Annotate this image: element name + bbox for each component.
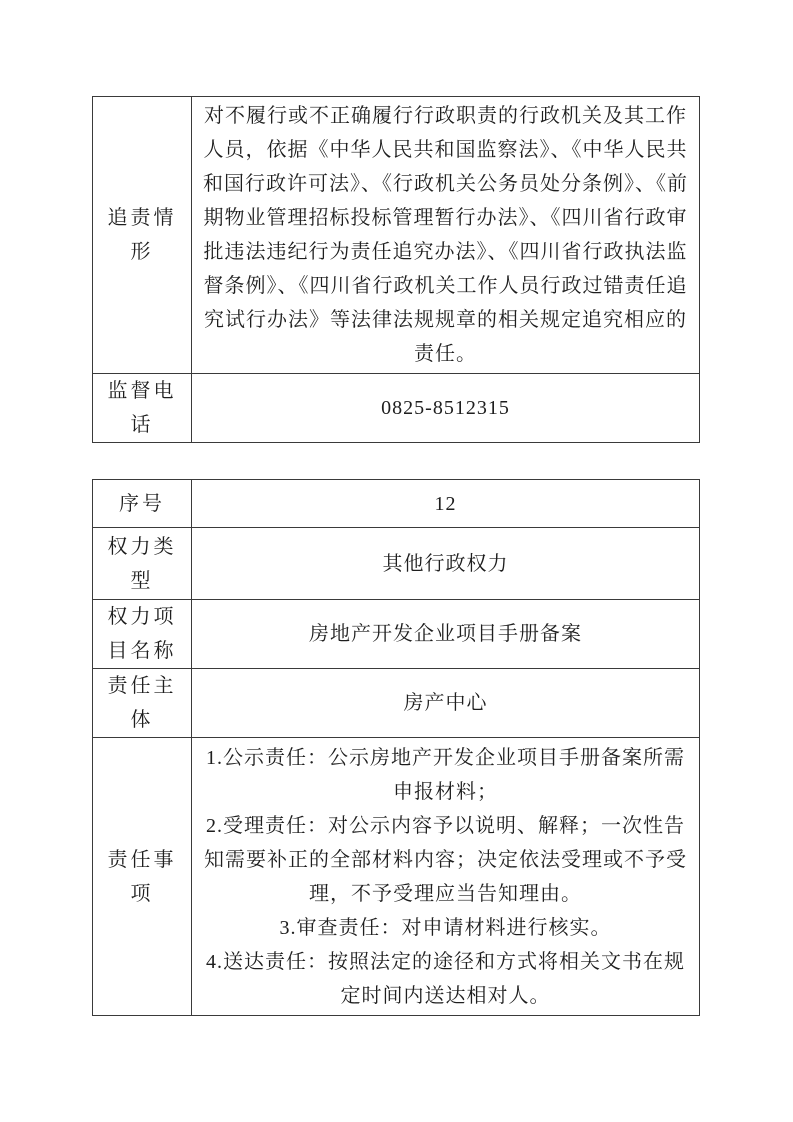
supervision-phone-label: 监督电话 (93, 374, 192, 443)
text-line: 序号 (93, 487, 191, 521)
text-line: 知需要补正的全部材料内容；决定依法受理或不予受 (198, 843, 693, 877)
responsible-entity-row: 责任主体 房产中心 (93, 669, 700, 738)
responsibility-items-label: 责任事项 (93, 738, 192, 1016)
text-line: 监督电 (93, 374, 191, 408)
serial-number-value: 12 (192, 480, 700, 528)
text-line: 房产中心 (198, 686, 693, 720)
accountability-situations-label: 追责情形 (93, 97, 192, 374)
responsibility-items-row: 责任事项 1.公示责任：公示房地产开发企业项目手册备案所需申报材料；2.受理责任… (93, 738, 700, 1016)
text-line: 0825-8512315 (198, 391, 693, 425)
text-line: 申报材料； (198, 775, 693, 809)
text-line: 12 (198, 487, 693, 521)
text-line: 话 (93, 408, 191, 442)
text-line: 形 (93, 235, 191, 269)
text-line: 权力类 (93, 530, 191, 564)
text-line: 3.审查责任：对申请材料进行核实。 (198, 911, 693, 945)
accountability-situations-content: 对不履行或不正确履行行政职责的行政机关及其工作人员，依据《中华人民共和国监察法》… (192, 97, 700, 374)
responsible-entity-value: 房产中心 (192, 669, 700, 738)
text-line: 责任主 (93, 669, 191, 703)
text-line: 体 (93, 703, 191, 737)
power-type-value: 其他行政权力 (192, 528, 700, 600)
serial-number-label: 序号 (93, 480, 192, 528)
responsible-entity-label: 责任主体 (93, 669, 192, 738)
text-line: 人员，依据《中华人民共和国监察法》、《中华人民共 (198, 133, 693, 167)
supervision-phone-number: 0825-8512315 (192, 374, 700, 443)
text-line: 目名称 (93, 634, 191, 668)
power-item-name-row: 权力项目名称 房地产开发企业项目手册备案 (93, 600, 700, 669)
text-line: 责任。 (198, 337, 693, 371)
text-line: 型 (93, 564, 191, 598)
responsibility-items-content: 1.公示责任：公示房地产开发企业项目手册备案所需申报材料；2.受理责任：对公示内… (192, 738, 700, 1016)
power-type-row: 权力类型 其他行政权力 (93, 528, 700, 600)
text-line: 和国行政许可法》、《行政机关公务员处分条例》、《前 (198, 167, 693, 201)
text-line: 批违法违纪行为责任追究办法》、《四川省行政执法监 (198, 235, 693, 269)
power-item-name-label: 权力项目名称 (93, 600, 192, 669)
serial-number-row: 序号 12 (93, 480, 700, 528)
document-page: 追责情形 对不履行或不正确履行行政职责的行政机关及其工作人员，依据《中华人民共和… (0, 0, 793, 1122)
text-line: 对不履行或不正确履行行政职责的行政机关及其工作 (198, 99, 693, 133)
accountability-table: 追责情形 对不履行或不正确履行行政职责的行政机关及其工作人员，依据《中华人民共和… (92, 96, 700, 443)
text-line: 4.送达责任：按照法定的途径和方式将相关文书在规 (198, 945, 693, 979)
text-line: 权力项 (93, 600, 191, 634)
text-line: 责任事 (93, 843, 191, 877)
text-line: 其他行政权力 (198, 547, 693, 581)
power-item-table: 序号 12 权力类型 其他行政权力 权力项目名称 房地产开发企业项目手册备案 责… (92, 479, 700, 1016)
text-line: 房地产开发企业项目手册备案 (198, 617, 693, 651)
text-line: 定时间内送达相对人。 (198, 979, 693, 1013)
text-line: 督条例》、《四川省行政机关工作人员行政过错责任追 (198, 269, 693, 303)
power-type-label: 权力类型 (93, 528, 192, 600)
supervision-phone-row: 监督电话 0825-8512315 (93, 374, 700, 443)
text-line: 2.受理责任：对公示内容予以说明、解释；一次性告 (198, 809, 693, 843)
accountability-situations-row: 追责情形 对不履行或不正确履行行政职责的行政机关及其工作人员，依据《中华人民共和… (93, 97, 700, 374)
text-line: 项 (93, 877, 191, 911)
text-line: 究试行办法》等法律法规规章的相关规定追究相应的 (198, 303, 693, 337)
power-item-name-value: 房地产开发企业项目手册备案 (192, 600, 700, 669)
text-line: 1.公示责任：公示房地产开发企业项目手册备案所需 (198, 741, 693, 775)
text-line: 期物业管理招标投标管理暂行办法》、《四川省行政审 (198, 201, 693, 235)
text-line: 追责情 (93, 201, 191, 235)
text-line: 理，不予受理应当告知理由。 (198, 877, 693, 911)
